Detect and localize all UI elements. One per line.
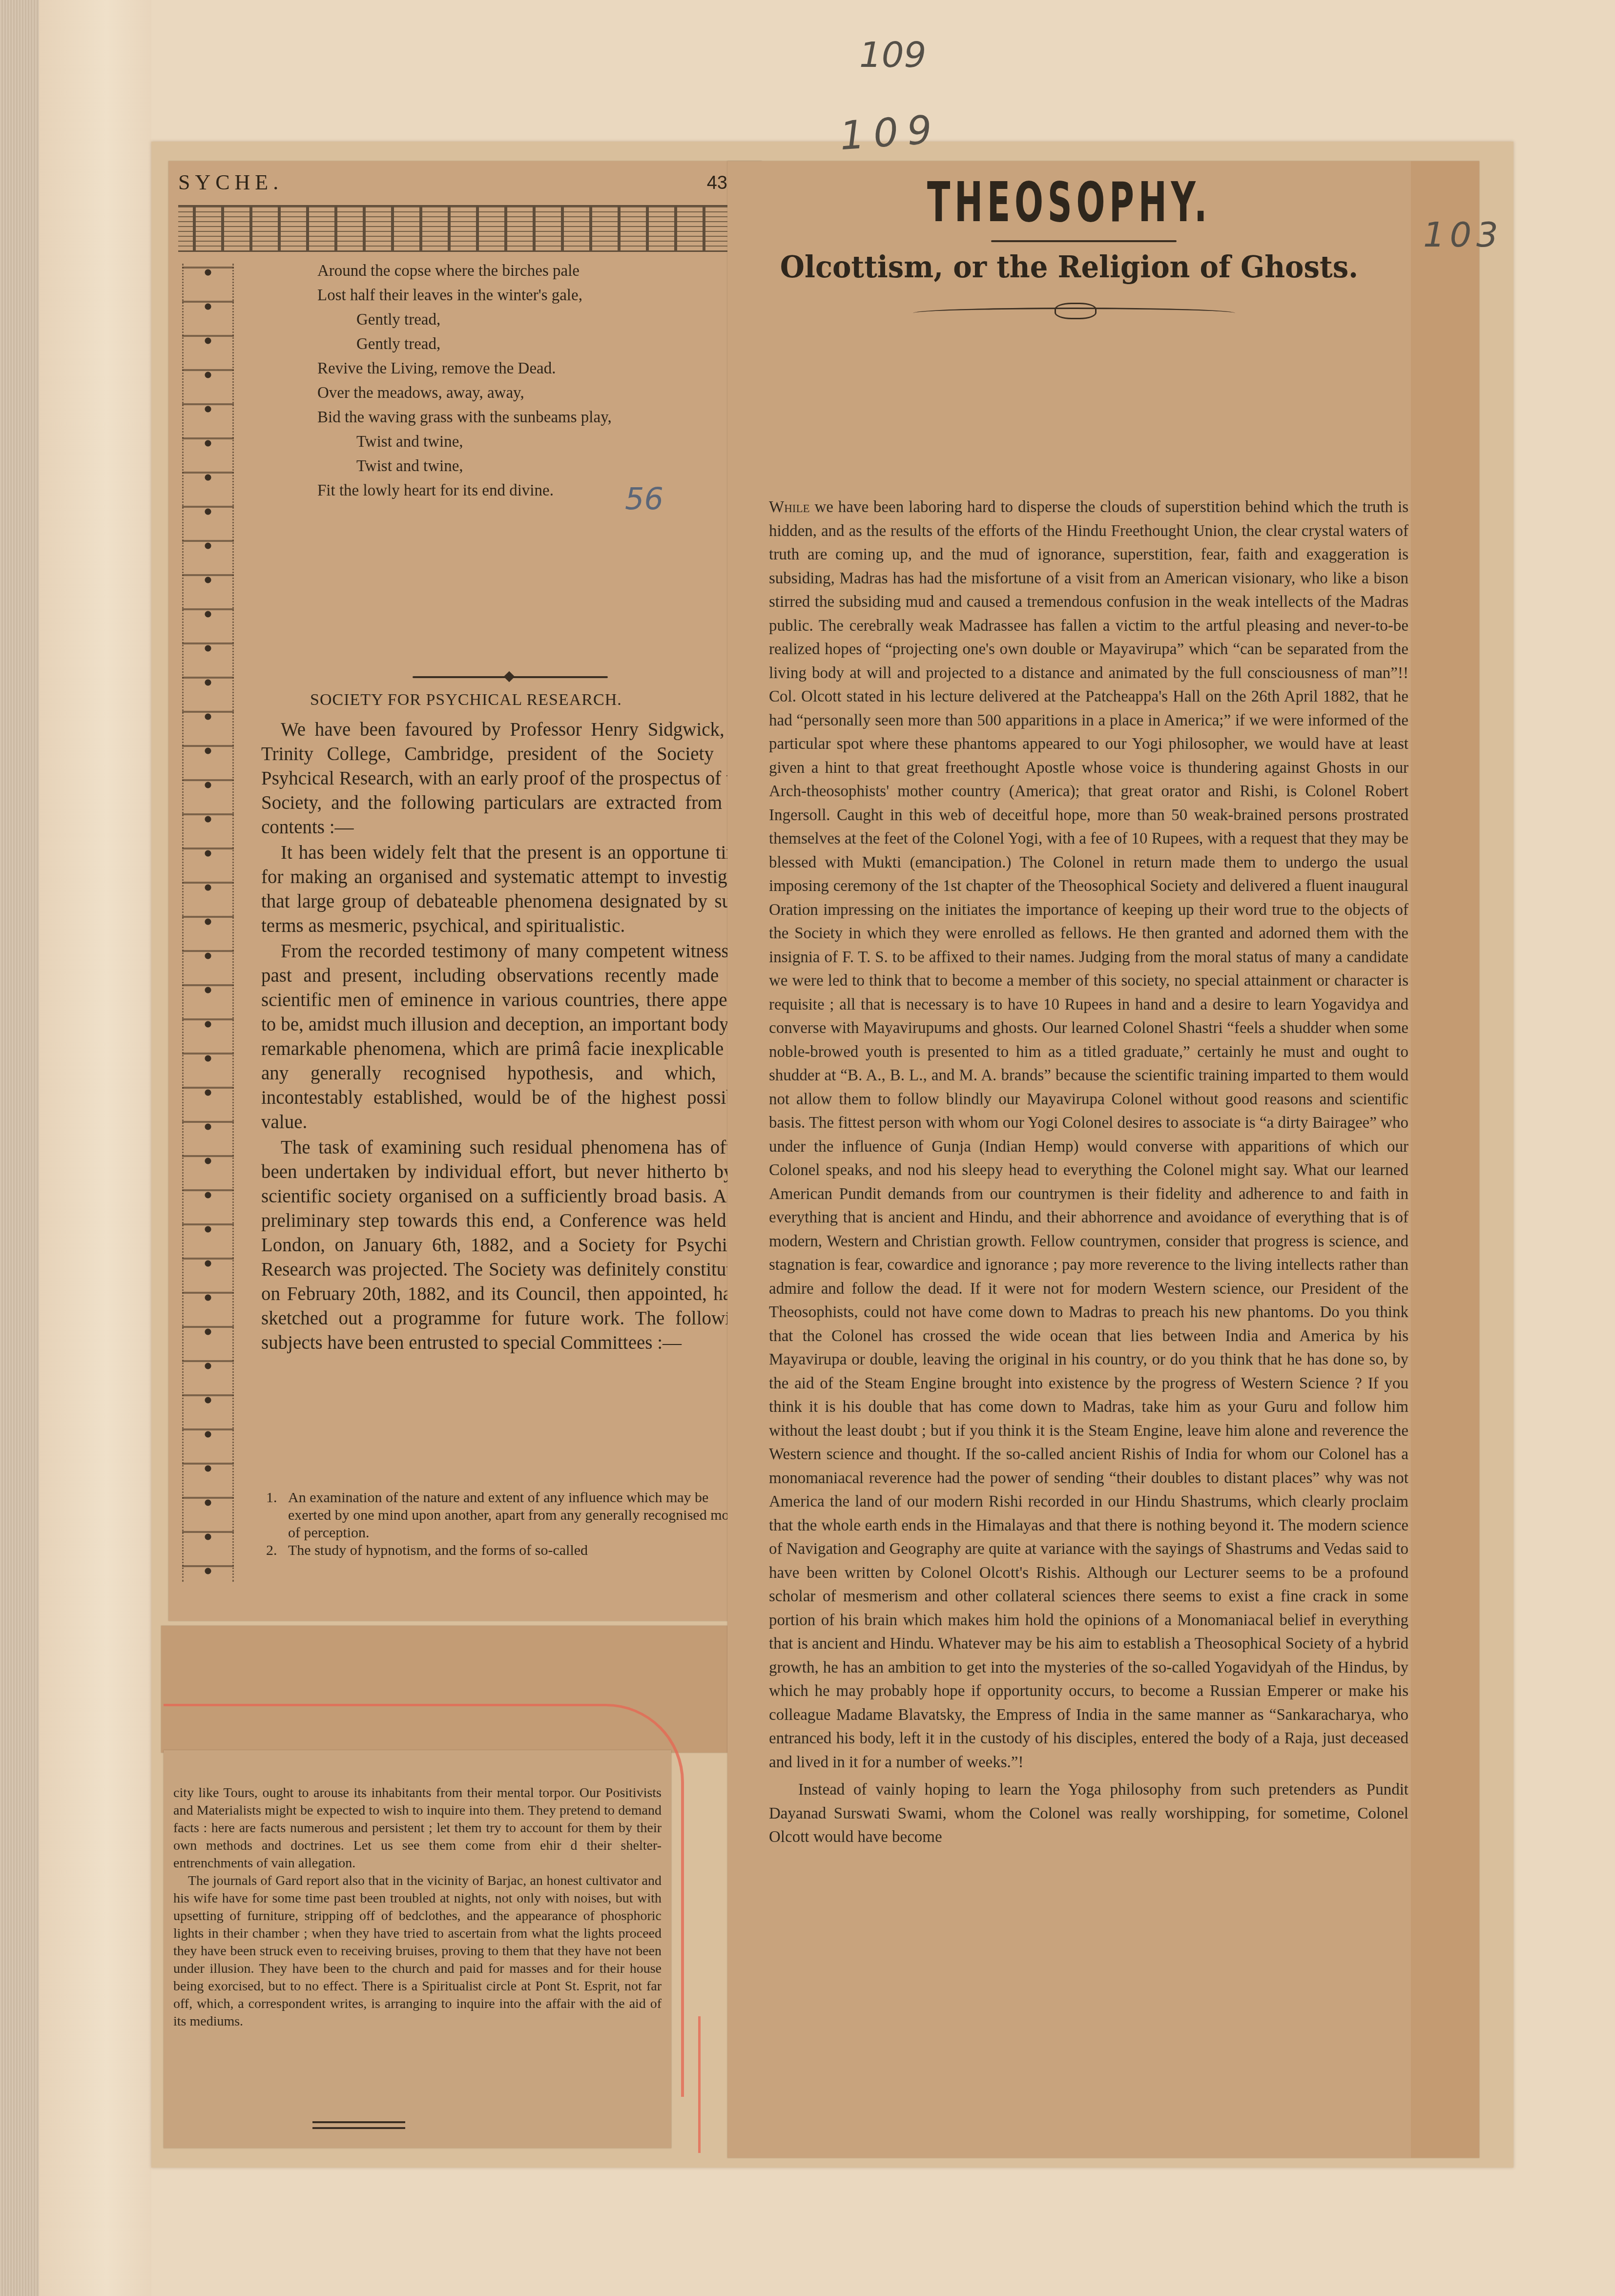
book-binding-strip bbox=[0, 0, 40, 2296]
tours-clipping: city like Tours, ought to arouse its inh… bbox=[164, 1750, 671, 2148]
paragraph: While we have been laboring hard to disp… bbox=[769, 496, 1408, 1774]
page-gutter bbox=[39, 0, 151, 2296]
list-number: 1. bbox=[266, 1489, 288, 1542]
page-number: 43 bbox=[707, 173, 727, 194]
paragraph: The task of examining such residual phen… bbox=[261, 1136, 749, 1355]
list-item: 1. An examination of the nature and exte… bbox=[266, 1489, 749, 1542]
paragraph: The journals of Gard report also that in… bbox=[173, 1872, 662, 2030]
paragraph-text: we have been laboring hard to disperse t… bbox=[769, 498, 1408, 1771]
article-body: While we have been laboring hard to disp… bbox=[769, 496, 1408, 1849]
poem-line: Over the meadows, away, away, bbox=[317, 381, 718, 405]
poem: Around the copse where the birches pale … bbox=[317, 259, 718, 503]
paragraph: It has been widely felt that the present… bbox=[261, 841, 749, 938]
list-text: An examination of the nature and extent … bbox=[288, 1489, 749, 1542]
poem-line: Twist and twine, bbox=[317, 454, 718, 478]
poem-line: Bid the waving grass with the sunbeams p… bbox=[317, 405, 718, 430]
poem-line: Twist and twine, bbox=[317, 430, 718, 454]
headline-divider-icon bbox=[991, 240, 1177, 242]
paragraph: city like Tours, ought to arouse its inh… bbox=[173, 1784, 662, 1872]
end-rule bbox=[312, 2121, 405, 2123]
list-number: 2. bbox=[266, 1542, 288, 1559]
red-pencil-mark bbox=[698, 2016, 701, 2153]
paragraph: From the recorded testimony of many comp… bbox=[261, 939, 749, 1135]
list-text: The study of hypnotism, and the forms of… bbox=[288, 1542, 588, 1559]
handwritten-page-number: 109 bbox=[838, 106, 942, 159]
handwritten-page-number: 109 bbox=[859, 34, 926, 75]
masthead: SYCHE. bbox=[178, 170, 283, 195]
scroll-flourish-icon bbox=[1055, 303, 1097, 319]
end-rule bbox=[312, 2127, 405, 2129]
handwritten-page-number: 103 bbox=[1423, 215, 1503, 255]
paragraph: We have been favoured by Professor Henry… bbox=[261, 718, 749, 840]
article-body: city like Tours, ought to arouse its inh… bbox=[173, 1784, 662, 2030]
ornamental-band-icon bbox=[178, 205, 747, 252]
subheadline: Olcottism, or the Religion of Ghosts. bbox=[751, 249, 1387, 285]
floral-border-icon bbox=[182, 264, 234, 1582]
theosophy-clipping: THEOSOPHY. Olcottism, or the Religion of… bbox=[727, 161, 1479, 2158]
divider-diamond-icon bbox=[504, 671, 515, 683]
dropcap-word: While bbox=[769, 498, 810, 516]
poem-line: Revive the Living, remove the Dead. bbox=[317, 356, 718, 381]
article-body: We have been favoured by Professor Henry… bbox=[261, 718, 749, 1356]
poem-line: Gently tread, bbox=[317, 308, 718, 332]
paragraph: Instead of vainly hoping to learn the Yo… bbox=[769, 1778, 1408, 1849]
section-title: SOCIETY FOR PSYCHICAL RESEARCH. bbox=[310, 691, 622, 709]
headline: THEOSOPHY. bbox=[857, 171, 1281, 234]
poem-line: Around the copse where the birches pale bbox=[317, 259, 718, 283]
psyche-clipping: SYCHE. 43 Around the copse where the bir… bbox=[168, 161, 762, 1621]
list-item: 2. The study of hypnotism, and the forms… bbox=[266, 1542, 749, 1559]
poem-line: Lost half their leaves in the winter's g… bbox=[317, 283, 718, 308]
handwritten-page-number: 56 bbox=[625, 481, 663, 517]
poem-line: Gently tread, bbox=[317, 332, 718, 356]
committee-list: 1. An examination of the nature and exte… bbox=[266, 1489, 749, 1559]
